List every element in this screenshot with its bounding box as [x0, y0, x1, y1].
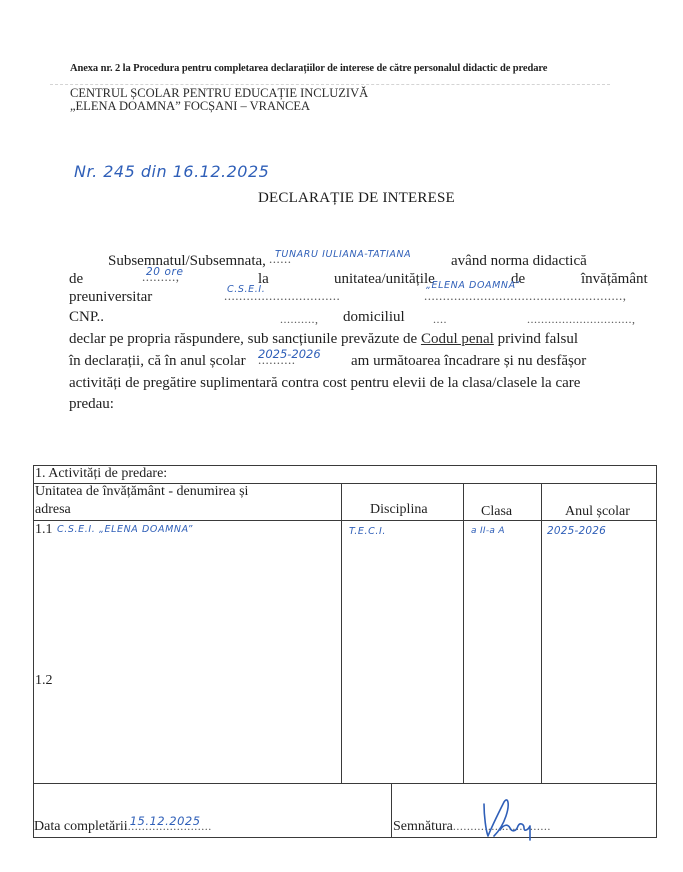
- decl-l6-text: în declarații, că în anul școlar: [69, 353, 246, 370]
- decl-l4-cnp: CNP..: [69, 309, 104, 326]
- faint-divider: [50, 84, 610, 85]
- norm-value: 20 ore: [146, 266, 184, 278]
- unit-value-1: C.S.E.I.: [227, 284, 265, 295]
- document-title: DECLARAȚIE DE INTERESE: [258, 190, 455, 207]
- header-school-year: Anul școlar: [565, 504, 630, 520]
- table-rule: [33, 783, 657, 784]
- signature-scribble-icon: [478, 796, 548, 841]
- row-index: 1.2: [35, 673, 53, 689]
- address-field-start[interactable]: ....: [433, 312, 447, 327]
- table-col-rule: [541, 483, 542, 783]
- signature-text: Semnătura: [393, 819, 453, 834]
- decl-l2-unit: unitatea/unitățile: [334, 271, 435, 288]
- decl-l2-de: de: [69, 271, 83, 288]
- table-col-rule: [341, 483, 342, 783]
- decl-l3-pre: preuniversitar: [69, 289, 152, 306]
- decl-l4-dom: domiciliul: [343, 309, 405, 326]
- decl-l5-end: privind falsul: [498, 331, 578, 347]
- decl-l8-text: predau:: [69, 396, 114, 413]
- completion-date-field[interactable]: ........................15.12.2025: [128, 819, 212, 834]
- completion-date-text: Data completării: [34, 819, 128, 834]
- unit-field-2[interactable]: ........................................…: [424, 287, 627, 305]
- completion-date-label: Data completării........................…: [34, 819, 212, 835]
- decl-l5-text: declar pe propria răspundere, sub sancți…: [69, 331, 578, 348]
- completion-date-value: 15.12.2025: [130, 814, 201, 828]
- row-unit[interactable]: C.S.E.I. „ELENA DOAMNA”: [57, 524, 193, 535]
- row-index: 1.1: [35, 522, 53, 538]
- address-field-end[interactable]: ..............................,: [527, 312, 636, 327]
- cnp-field[interactable]: ..........,: [280, 312, 319, 327]
- registration-number: Nr. 245 din 16.12.2025: [74, 162, 269, 181]
- unit-field-1[interactable]: ...............................C.S.E.I.: [224, 287, 340, 305]
- row-class[interactable]: a II-a A: [471, 526, 505, 536]
- row-school-year[interactable]: 2025-2026: [547, 525, 606, 537]
- norm-field[interactable]: .........,20 ore: [142, 268, 180, 286]
- name-field[interactable]: ......TUNARU IULIANA-TATIANA: [269, 250, 292, 268]
- table-rule: [33, 520, 657, 521]
- section-title: 1. Activități de predare:: [35, 466, 167, 482]
- header-discipline: Disciplina: [370, 502, 428, 518]
- decl-l1-prefix: Subsemnatul/Subsemnata,: [108, 253, 266, 270]
- decl-l7-text: activități de pregătire suplimentară con…: [69, 375, 580, 392]
- decl-l6-end: am următoarea încadrare și nu desfășor: [351, 353, 586, 370]
- institution-name-line2: „ELENA DOAMNA” FOCȘANI – VRANCEA: [70, 99, 310, 114]
- school-year-value: 2025-2026: [258, 347, 321, 361]
- header-class: Clasa: [481, 504, 512, 520]
- penal-code-link[interactable]: Codul penal: [421, 331, 494, 347]
- header-unit-line2: adresa: [35, 502, 71, 518]
- row-discipline[interactable]: T.E.C.I.: [349, 526, 386, 537]
- school-year-field[interactable]: ..........2025-2026: [258, 351, 296, 369]
- decl-l5-main: declar pe propria răspundere, sub sancți…: [69, 331, 417, 347]
- unit-value-2: „ELENA DOAMNA”: [426, 280, 520, 291]
- table-col-rule: [463, 483, 464, 783]
- name-value: TUNARU IULIANA-TATIANA: [275, 249, 411, 260]
- decl-l2-inv: învățământ: [581, 271, 648, 288]
- footer-col-rule: [391, 783, 392, 838]
- decl-l1-suffix: având norma didactică: [451, 253, 587, 270]
- header-unit-line1: Unitatea de învățământ - denumirea și: [35, 484, 248, 500]
- annex-caption: Anexa nr. 2 la Procedura pentru completa…: [70, 63, 547, 74]
